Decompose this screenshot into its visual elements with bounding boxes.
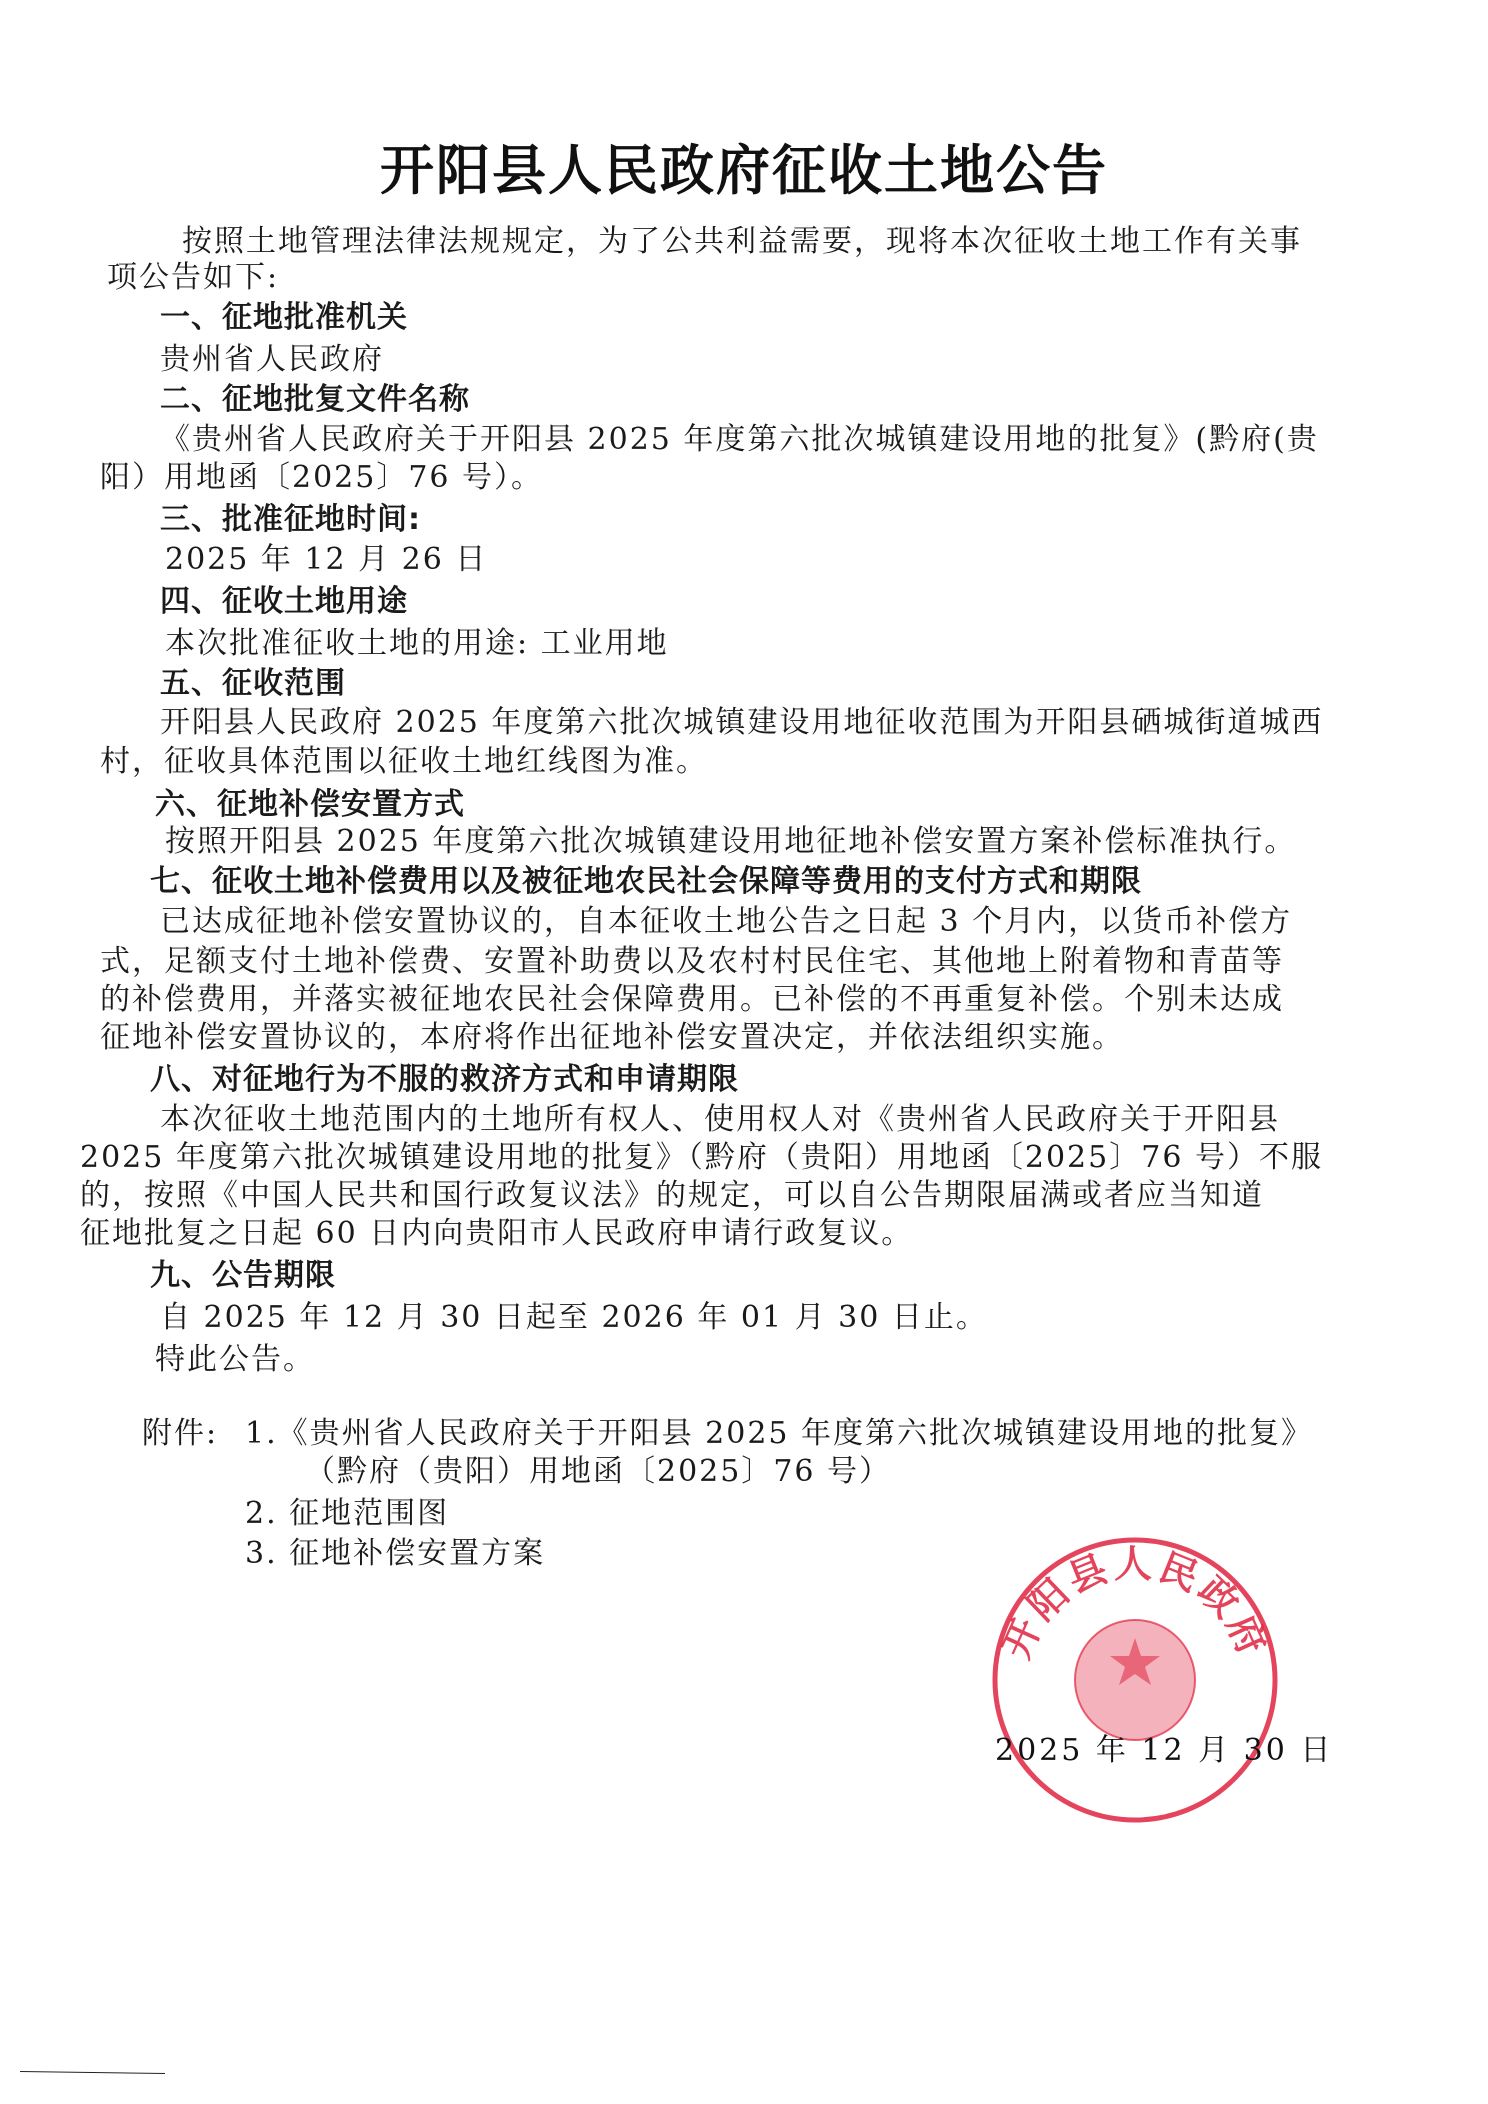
section-6-text: 按照开阳县 2025 年度第六批次城镇建设用地征地补偿安置方案补偿标准执行。: [165, 822, 1296, 862]
attachment-item-2: 2. 征地范围图: [245, 1494, 449, 1534]
section-8-heading: 八、对征地行为不服的救济方式和申请期限: [150, 1060, 739, 1100]
attachments-label: 附件:: [142, 1414, 218, 1454]
document-page: 开阳县人民政府征收土地公告 按照土地管理法律法规规定，为了公共利益需要，现将本次…: [0, 0, 1488, 2104]
signature-date: 2025 年 12 月 30 日: [995, 1725, 1333, 1769]
section-5-text-2: 村，征收具体范围以征收土地红线图为准。: [100, 742, 708, 782]
section-4-text: 本次批准征收土地的用途: 工业用地: [165, 624, 669, 664]
footer-rule-line: [20, 2071, 165, 2074]
section-7-text-3: 的补偿费用，并落实被征地农民社会保障费用。已补偿的不再重复补偿。个别未达成: [100, 980, 1284, 1020]
section-5-heading: 五、征收范围: [160, 664, 346, 704]
document-title: 开阳县人民政府征收土地公告: [0, 128, 1488, 205]
section-7-text-4: 征地补偿安置协议的，本府将作出征地补偿安置决定，并依法组织实施。: [100, 1018, 1124, 1058]
section-4-heading: 四、征收土地用途: [160, 582, 408, 622]
section-2-text-2: 阳）用地函〔2025〕76 号）。: [100, 458, 543, 498]
section-7-heading: 七、征收土地补偿费用以及被征地农民社会保障等费用的支付方式和期限: [150, 862, 1142, 902]
intro-line-2: 项公告如下:: [107, 258, 279, 298]
section-3-text: 2025 年 12 月 26 日: [165, 540, 487, 580]
section-7-text-1: 已达成征地补偿安置协议的，自本征收土地公告之日起 3 个月内，以货币补偿方: [160, 902, 1292, 942]
section-2-text-1: 《贵州省人民政府关于开阳县 2025 年度第六批次城镇建设用地的批复》(黔府(贵: [160, 420, 1319, 460]
attachment-item-3: 3. 征地补偿安置方案: [245, 1534, 545, 1574]
section-9-text-1: 自 2025 年 12 月 30 日起至 2026 年 01 月 30 日止。: [160, 1298, 988, 1338]
intro-line-1: 按照土地管理法律法规规定，为了公共利益需要，现将本次征收土地工作有关事: [182, 222, 1302, 262]
section-3-heading: 三、批准征地时间:: [160, 500, 421, 540]
section-8-text-1: 本次征收土地范围内的土地所有权人、使用权人对《贵州省人民政府关于开阳县: [160, 1100, 1280, 1140]
section-9-text-2: 特此公告。: [155, 1340, 315, 1380]
section-1-heading: 一、征地批准机关: [160, 298, 408, 338]
section-7-text-2: 式，足额支付土地补偿费、安置补助费以及农村村民住宅、其他地上附着物和青苗等: [100, 942, 1284, 982]
official-seal-stamp-icon: 开阳县人民政府: [985, 1530, 1285, 1830]
section-8-text-2: 2025 年度第六批次城镇建设用地的批复》（黔府（贵阳）用地函〔2025〕76 …: [80, 1138, 1323, 1178]
section-8-text-3: 的，按照《中国人民共和国行政复议法》的规定，可以自公告期限届满或者应当知道: [80, 1176, 1264, 1216]
section-9-heading: 九、公告期限: [150, 1256, 336, 1296]
attachment-item-1-cont: （黔府（贵阳）用地函〔2025〕76 号）: [305, 1452, 891, 1492]
section-8-text-4: 征地批复之日起 60 日内向贵阳市人民政府申请行政复议。: [80, 1214, 913, 1254]
section-2-heading: 二、征地批复文件名称: [160, 380, 470, 420]
section-1-text: 贵州省人民政府: [160, 340, 384, 380]
section-6-heading: 六、征地补偿安置方式: [155, 785, 465, 825]
attachment-item-1: 1.《贵州省人民政府关于开阳县 2025 年度第六批次城镇建设用地的批复》: [245, 1414, 1313, 1454]
section-5-text-1: 开阳县人民政府 2025 年度第六批次城镇建设用地征收范围为开阳县硒城街道城西: [160, 703, 1323, 743]
